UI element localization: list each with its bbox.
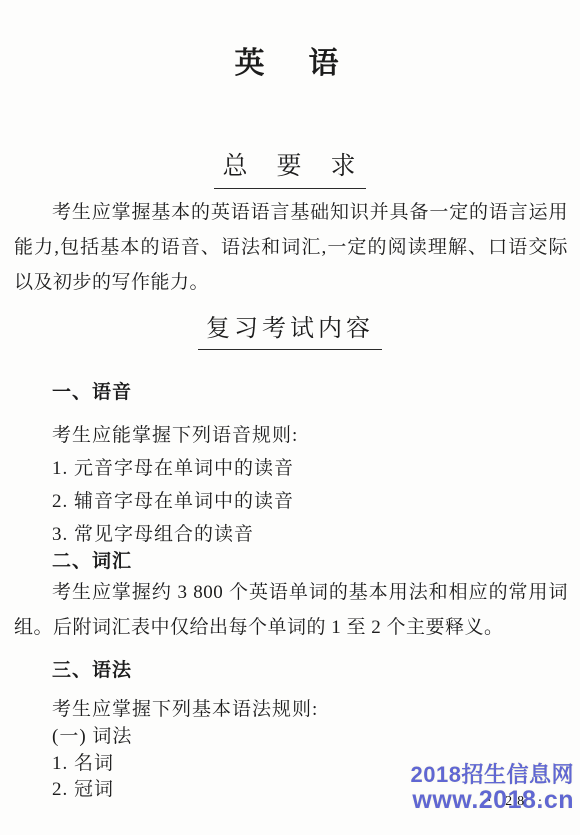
phonetics-intro: 考生应能掌握下列语音规则: bbox=[52, 420, 298, 447]
grammar-item: 2. 冠词 bbox=[52, 774, 114, 801]
page-title: 英 语 bbox=[0, 38, 580, 82]
phonetics-item: 2. 辅音字母在单词中的读音 bbox=[52, 486, 294, 513]
grammar-item: (一) 词法 bbox=[52, 721, 132, 748]
subsection-title-phonetics: 一、语音 bbox=[52, 377, 132, 404]
grammar-item: 1. 名词 bbox=[52, 748, 114, 775]
page-number: · 28 · bbox=[487, 794, 547, 810]
grammar-intro: 考生应掌握下列基本语法规则: bbox=[52, 694, 318, 721]
phonetics-item: 3. 常见字母组合的读音 bbox=[52, 519, 254, 546]
general-requirements-paragraph: 考生应掌握基本的英语语言基础知识并具备一定的语言运用能力,包括基本的语音、语法和… bbox=[14, 195, 568, 300]
section-heading-general-text: 总 要 求 bbox=[214, 146, 365, 189]
section-heading-general: 总 要 求 bbox=[0, 146, 580, 189]
section-heading-review-text: 复习考试内容 bbox=[198, 308, 382, 350]
phonetics-item: 1. 元音字母在单词中的读音 bbox=[52, 453, 294, 480]
subsection-title-vocabulary: 二、词汇 bbox=[52, 546, 132, 573]
subsection-title-grammar: 三、语法 bbox=[52, 655, 132, 682]
section-heading-review: 复习考试内容 bbox=[0, 308, 580, 350]
watermark-site-name: 2018招生信息网 bbox=[411, 763, 574, 787]
vocabulary-paragraph: 考生应掌握约 3 800 个英语单词的基本用法和相应的常用词组。后附词汇表中仅给… bbox=[14, 575, 568, 645]
scanned-document-page: 英 语 总 要 求 考生应掌握基本的英语语言基础知识并具备一定的语言运用能力,包… bbox=[0, 0, 580, 835]
